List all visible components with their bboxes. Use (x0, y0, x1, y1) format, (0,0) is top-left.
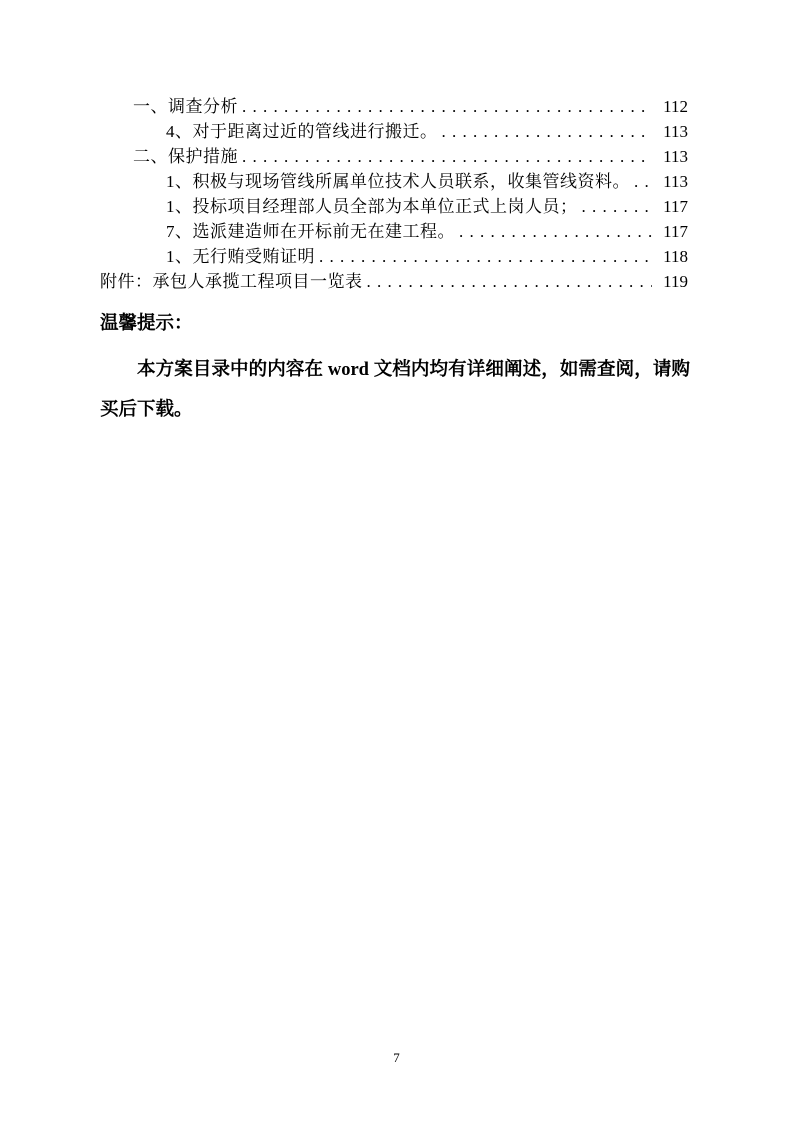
toc-entry[interactable]: 1、无行贿受贿证明 118 (100, 244, 688, 269)
toc-entry-label: 二、保护措施 (133, 144, 238, 169)
toc-page-number: 113 (662, 119, 688, 144)
toc-page-number: 112 (662, 94, 688, 119)
toc-leader-dots (459, 219, 652, 244)
toc-leader-dots (634, 169, 652, 194)
toc-entry-label: 1、无行贿受贿证明 (166, 244, 315, 269)
toc-entry[interactable]: 7、选派建造师在开标前无在建工程。 117 (100, 219, 688, 244)
toc-entry-label: 1、积极与现场管线所属单位技术人员联系，收集管线资料。 (166, 169, 630, 194)
toc-page-number: 118 (662, 244, 688, 269)
toc-page-number: 119 (662, 269, 688, 294)
reminder-body-text: 本方案目录中的内容在 word 文档内均有详细阐述，如需查阅，请购买后下载。 (100, 350, 690, 430)
toc-entry[interactable]: 1、积极与现场管线所属单位技术人员联系，收集管线资料。 113 (100, 169, 688, 194)
toc-leader-dots (242, 144, 652, 169)
toc-page-number: 117 (662, 219, 688, 244)
document-page: 一、调查分析 112 4、对于距离过近的管线进行搬迁。 113 二、保护措施 1… (0, 0, 793, 1122)
toc-entry[interactable]: 4、对于距离过近的管线进行搬迁。 113 (100, 119, 688, 144)
footer-page-number: 7 (0, 1050, 793, 1066)
reminder-section: 温馨提示： 本方案目录中的内容在 word 文档内均有详细阐述，如需查阅，请购买… (100, 312, 690, 430)
toc-leader-dots (319, 244, 652, 269)
toc-leader-dots (242, 94, 652, 119)
toc-entry[interactable]: 1、投标项目经理部人员全部为本单位正式上岗人员； 117 (100, 194, 688, 219)
toc-entry-label: 1、投标项目经理部人员全部为本单位正式上岗人员； (166, 194, 578, 219)
toc-entry-label: 附件：承包人承揽工程项目一览表 (100, 269, 363, 294)
toc-leader-dots (442, 119, 653, 144)
table-of-contents: 一、调查分析 112 4、对于距离过近的管线进行搬迁。 113 二、保护措施 1… (100, 94, 688, 294)
toc-entry-label: 4、对于距离过近的管线进行搬迁。 (166, 119, 438, 144)
toc-page-number: 113 (662, 144, 688, 169)
toc-page-number: 117 (662, 194, 688, 219)
toc-entry[interactable]: 二、保护措施 113 (100, 144, 688, 169)
reminder-heading: 温馨提示： (100, 312, 690, 336)
toc-entry-label: 7、选派建造师在开标前无在建工程。 (166, 219, 455, 244)
toc-leader-dots (367, 269, 653, 294)
toc-page-number: 113 (662, 169, 688, 194)
toc-entry[interactable]: 一、调查分析 112 (100, 94, 688, 119)
toc-leader-dots (582, 194, 653, 219)
toc-entry[interactable]: 附件：承包人承揽工程项目一览表 119 (100, 269, 688, 294)
toc-entry-label: 一、调查分析 (133, 94, 238, 119)
